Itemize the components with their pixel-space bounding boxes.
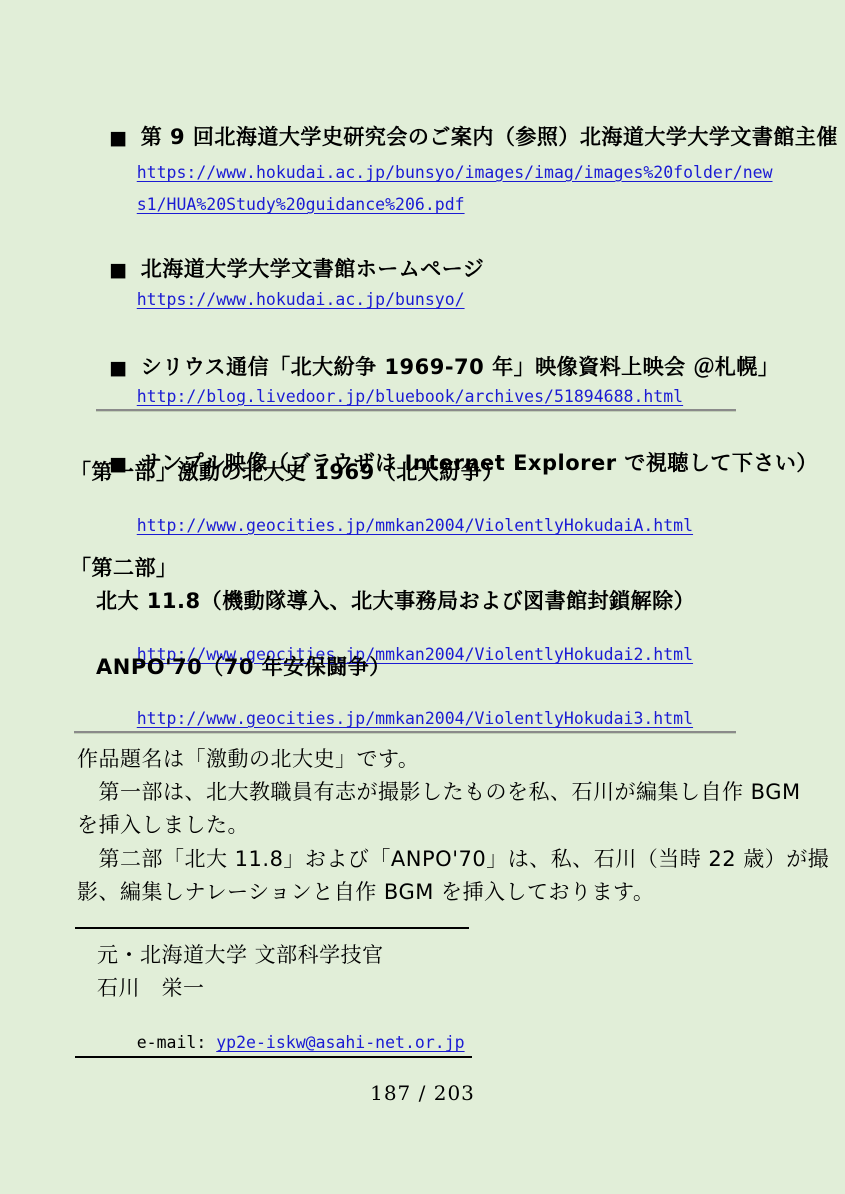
- part1-label: 「第一部」激動の北大史 1969（北大紛争）: [70, 460, 504, 484]
- section1-link-line2: s1/HUA%20Study%20guidance%206.pdf: [97, 173, 465, 236]
- body-paragraph-line2: 第一部は、北大教職員有志が撮影したものを私、石川が編集し自作 BGM: [77, 780, 801, 804]
- part2-link-line2: http://www.geocities.jp/mmkan2004/Violen…: [97, 687, 693, 750]
- section-divider: [96, 409, 736, 412]
- part1-link-line: http://www.geocities.jp/mmkan2004/Violen…: [97, 494, 693, 557]
- email-address-link[interactable]: yp2e-iskw@asahi-net.or.jp: [216, 1033, 464, 1052]
- part2-label: 「第二部」: [70, 556, 178, 580]
- part2-item1-label: 北大 11.8（機動隊導入、北大事務局および図書館封鎖解除）: [96, 589, 695, 613]
- section3-url[interactable]: http://blog.livedoor.jp/bluebook/archive…: [137, 387, 683, 406]
- section3-link-line: http://blog.livedoor.jp/bluebook/archive…: [97, 365, 683, 428]
- signature-email-line: e-mail: yp2e-iskw@asahi-net.or.jp: [97, 1011, 465, 1074]
- page-number: 187 / 203: [0, 1081, 845, 1105]
- part2-url2[interactable]: http://www.geocities.jp/mmkan2004/Violen…: [137, 709, 693, 728]
- signature-divider: [75, 927, 469, 929]
- section2-url[interactable]: https://www.hokudai.ac.jp/bunsyo/: [137, 290, 465, 309]
- email-label: e-mail:: [137, 1033, 216, 1052]
- signature-divider: [75, 1056, 472, 1058]
- body-paragraph-line4: 第二部「北大 11.8」および「ANPO'70」は、私、石川（当時 22 歳）が…: [77, 847, 829, 871]
- section1-url-part2[interactable]: s1/HUA%20Study%20guidance%206.pdf: [137, 195, 465, 214]
- body-paragraph-line5: 影、編集しナレーションと自作 BGM を挿入しております。: [77, 880, 654, 904]
- document-page: ■第 9 回北海道大学史研究会のご案内（参照）北海道大学大学文書館主催 http…: [0, 0, 845, 1194]
- section2-link-line: https://www.hokudai.ac.jp/bunsyo/: [97, 268, 465, 331]
- body-paragraph-line1: 作品題名は「激動の北大史」です。: [77, 747, 419, 771]
- body-paragraph-line3: を挿入しました。: [77, 813, 249, 837]
- section-divider: [74, 731, 736, 734]
- part2-item2-label: ANPO'70（70 年安保闘争）: [96, 655, 391, 679]
- signature-affiliation: 元・北海道大学 文部科学技官: [97, 943, 384, 967]
- signature-name: 石川 栄一: [97, 976, 205, 1000]
- part1-url[interactable]: http://www.geocities.jp/mmkan2004/Violen…: [137, 516, 693, 535]
